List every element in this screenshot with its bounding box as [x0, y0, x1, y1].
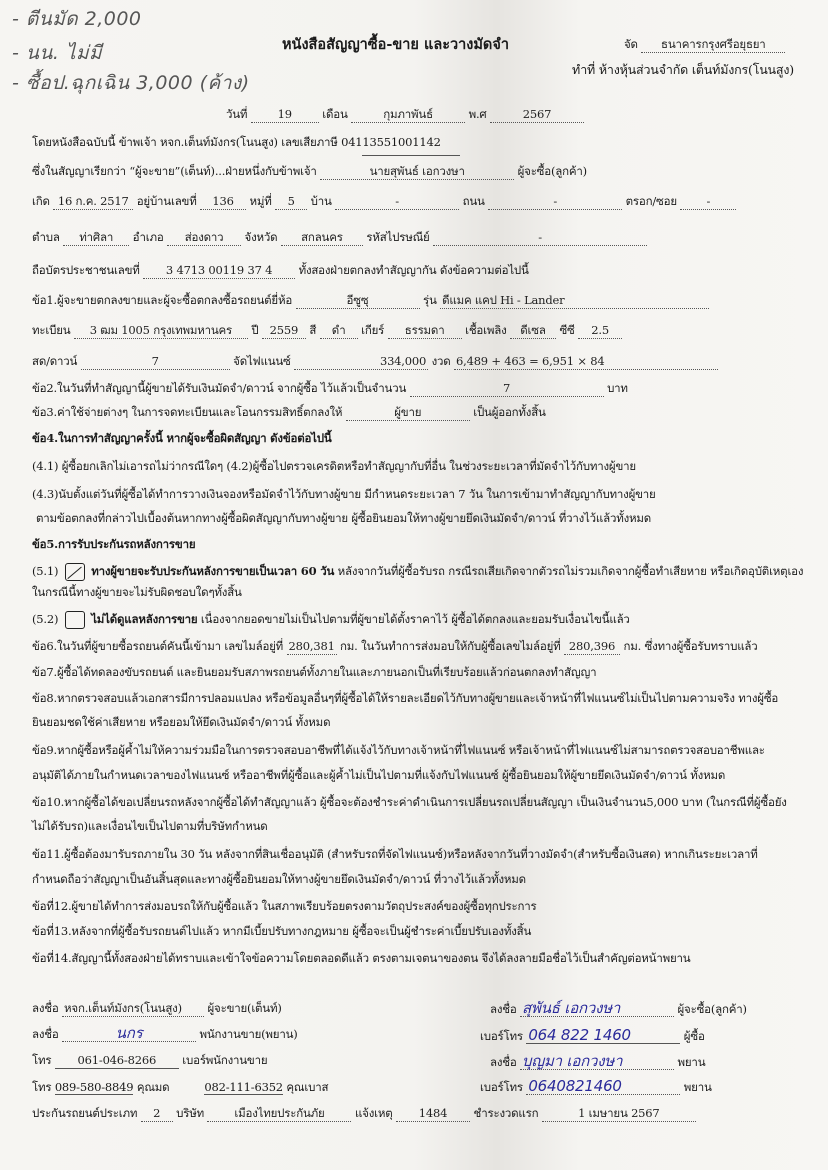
seller-role: ผู้จะขาย(เต็นท์): [208, 1001, 282, 1015]
insurance-company-value: เมืองไทยประกันภัย: [207, 1105, 351, 1122]
brand-value: อีซูซุ: [296, 292, 420, 309]
notice-value: 1484: [396, 1105, 470, 1122]
born-label: เกิด: [32, 194, 50, 208]
moo-value: 5: [275, 193, 307, 210]
clause-4-3a: (4.3)นับตั้งแต่วันที่ผู้ซื้อได้ทำการวางเ…: [32, 486, 656, 502]
buyer-phone-line: เบอร์โทร 064 822 1460 ผู้ซื้อ: [480, 1027, 705, 1044]
clause-4-1: (4.1) ผู้ซื้อยกเลิกไม่เอารถไม่ว่ากรณีใดๆ…: [32, 458, 636, 474]
contract-date: วันที่ 19 เดือน กุมภาพันธ์ พ.ศ 2567: [226, 106, 584, 123]
staff-phone-role: เบอร์พนักงานขาย: [182, 1053, 267, 1067]
handwritten-note: - ซื้อป.ฉุกเฉิน 3,000 (ค้าง): [12, 68, 250, 98]
district-value: ส่องดาว: [167, 229, 241, 246]
born-value: 16 ก.ค. 2517: [53, 193, 133, 210]
clause-8b: ยินยอมชดใช้ค่าเสียหาย หรือยอมให้ยึดเงินม…: [32, 714, 330, 730]
clause-5-2: (5.2) ไม่ได้ดูแลหลังการขาย เนื่องจากยอดข…: [32, 611, 630, 629]
id-label: ถือบัตรประชาชนเลขที่: [32, 263, 140, 277]
finance-label: จัด: [624, 37, 638, 51]
soi-value: -: [680, 193, 736, 210]
staff-role: พนักงานขาย(พยาน): [200, 1027, 298, 1041]
payment-line: สด/ดาวน์ 7 จัดไฟแนนซ์ 334,000 งวด 6,489 …: [32, 353, 718, 370]
year-label: พ.ศ: [469, 107, 487, 121]
clause-9b: อนุมัติได้ภายในกำหนดเวลาของไฟแนนซ์ หรืออ…: [32, 767, 725, 783]
clause-5-1-bold: ทางผู้ขายจะรับประกันหลังการขายเป็นเวลา 6…: [91, 564, 334, 578]
district-label: อำเภอ: [133, 230, 164, 244]
buyer-district-line: ตำบล ท่าศิลา อำเภอ ส่องดาว จังหวัด สกลนค…: [32, 229, 647, 246]
gear-label: เกียร์: [361, 323, 384, 337]
intro-line: โดยหนังสือฉบับนี้ ข้าพเจ้า หจก.เต็นท์มัง…: [32, 134, 441, 150]
buyer-phone-label: เบอร์โทร: [480, 1029, 523, 1043]
sign-label: ลงชื่อ: [32, 1001, 59, 1015]
province-value: สกลนคร: [281, 229, 363, 246]
clause-3-suffix: เป็นผู้ออกทั้งสิ้น: [473, 405, 545, 419]
gear-value: ธรรมดา: [388, 322, 462, 339]
clause-6: ข้อ6.ในวันที่ผู้ขายซื้อรถยนต์คันนี้เข้าม…: [32, 638, 758, 655]
insurance-line: ประกันรถยนต์ประเภท 2 บริษัท เมืองไทยประก…: [32, 1105, 696, 1122]
clause-5-2-bold: ไม่ได้ดูแลหลังการขาย: [91, 612, 197, 626]
sign-label: ลงชื่อ: [490, 1055, 517, 1069]
clause-14: ข้อที่14.สัญญานี้ทั้งสองฝ่ายได้ทราบและเข…: [32, 950, 690, 966]
seller-clause: ซึ่งในสัญญาเรียกว่า “ผู้จะขาย”(เต็นท์)..…: [32, 164, 317, 178]
clause-2: ข้อ2.ในวันที่ทำสัญญานี้ผู้ขายได้รับเงินม…: [32, 380, 628, 397]
clause-6-a: ข้อ6.ในวันที่ผู้ขายซื้อรถยนต์คันนี้เข้าม…: [32, 639, 283, 653]
insurance-type-label: ประกันรถยนต์ประเภท: [32, 1106, 137, 1120]
house-label: อยู่บ้านเลขที่: [137, 194, 197, 208]
reg-label: ทะเบียน: [32, 323, 70, 337]
phone3-value: 082-111-6352: [204, 1080, 283, 1095]
witness-phone-line: เบอร์โทร 0640821460 พยาน: [480, 1078, 712, 1095]
clause-5-1-rest: หลังจากวันที่ผู้ซื้อรับรถ กรณีรถเสียเกิด…: [338, 564, 804, 578]
clause-12: ข้อที่12.ผู้ขายได้ทำการส่งมอบรถให้กับผู้…: [32, 898, 537, 914]
vehicle-line: ข้อ1.ผู้จะขายตกลงขายและผู้จะซื้อตกลงซื้อ…: [32, 292, 709, 309]
staff-phone-line: โทร 061-046-8266 เบอร์พนักงานขาย: [32, 1052, 267, 1069]
agree-text: ทั้งสองฝ่ายตกลงทำสัญญากัน ดังข้อความต่อไ…: [299, 263, 529, 277]
first-payment-value: 1 เมษายน 2567: [542, 1105, 696, 1122]
clause-3-text: ข้อ3.ค่าใช้จ่ายต่างๆ ในการจดทะเบียนและโอ…: [32, 405, 342, 419]
fuel-label: เชื้อเพลิง: [465, 323, 506, 337]
car-year-value: 2559: [262, 322, 306, 339]
car-year-label: ปี: [251, 323, 258, 337]
contract-page: - ตีนมัด 2,000 - นน. ไม่มี - ซื้อป.ฉุกเฉ…: [0, 0, 828, 1170]
installment-value: 6,489 + 463 = 6,951 × 84: [454, 353, 718, 370]
underline: [362, 155, 460, 156]
phone-label: โทร: [32, 1080, 51, 1094]
cc-value: 2.5: [578, 322, 622, 339]
seller-sign-value: หจก.เต็นท์มังกร(โนนสูง): [62, 1000, 204, 1017]
down-label: สด/ดาวน์: [32, 354, 77, 368]
document-title: หนังสือสัญญาซื้อ-ขาย และวางมัดจำ: [282, 33, 509, 56]
witness-phone-role: พยาน: [684, 1080, 712, 1094]
buyer-signature: ลงชื่อ สุพันธ์ เอกวงษา ผู้จะซื้อ(ลูกค้า): [490, 1000, 747, 1017]
id-value: 3 4713 00119 37 4: [143, 262, 295, 279]
witness-phone-value: 0640821460: [526, 1078, 680, 1095]
finance-amount-label: จัดไฟแนนซ์: [233, 354, 290, 368]
buyer-sign-value: สุพันธ์ เอกวงษา: [520, 1000, 674, 1017]
soi-label: ตรอก/ซอย: [626, 194, 677, 208]
road-label: ถนน: [463, 194, 485, 208]
buyer-phone-value: 064 822 1460: [526, 1027, 680, 1044]
phone-label: โทร: [32, 1053, 51, 1067]
clause-3-value: ผู้ขาย: [346, 404, 470, 421]
staff-sign-value: นกร: [62, 1025, 196, 1042]
buyer-line: ซึ่งในสัญญาเรียกว่า “ผู้จะขาย”(เต็นท์)..…: [32, 163, 587, 180]
moo-label: หมู่ที่: [250, 194, 272, 208]
village-label: บ้าน: [311, 194, 332, 208]
house-value: 136: [200, 193, 246, 210]
model-value: ดีแมค แคป Hi - Lander: [440, 292, 709, 309]
phone2-name: คุณมด: [137, 1080, 170, 1094]
postcode-value: -: [433, 229, 647, 246]
clause-5-1b: ในกรณีนี้ทางผู้ขายจะไม่รับผิดชอบใดๆทั้งส…: [32, 584, 242, 600]
clause-7: ข้อ7.ผู้ซื้อได้ทดลองขับรถยนต์ และยินยอมร…: [32, 664, 596, 680]
insurance-type-value: 2: [141, 1105, 173, 1122]
intro-text: โดยหนังสือฉบับนี้ ข้าพเจ้า หจก.เต็นท์มัง…: [32, 135, 441, 149]
province-label: จังหวัด: [245, 230, 278, 244]
id-line: ถือบัตรประชาชนเลขที่ 3 4713 00119 37 4 ท…: [32, 262, 529, 279]
year-value: 2567: [490, 106, 584, 123]
month-value: กุมภาพันธ์: [351, 106, 465, 123]
subdistrict-value: ท่าศิลา: [63, 229, 129, 246]
phone3-name: คุณเบาส: [286, 1080, 328, 1094]
made-at: ทำที่ ห้างหุ้นส่วนจำกัด เต็นท์มังกร(โนนส…: [572, 62, 794, 78]
cc-label: ซีซี: [559, 323, 574, 337]
clause-4-title: ข้อ4.ในการทำสัญญาครั้งนี้ หากผู้จะซื้อผิ…: [32, 430, 332, 446]
clause-10a: ข้อ10.หากผู้ซื้อได้ขอเปลี่ยนรถหลังจากผู้…: [32, 794, 787, 810]
witness-role: พยาน: [678, 1055, 706, 1069]
village-value: -: [335, 193, 459, 210]
clause-11a: ข้อ11.ผู้ซื้อต้องมารับรถภายใน 30 วัน หลั…: [32, 846, 758, 862]
first-payment-label: ชำระงวดแรก: [473, 1106, 538, 1120]
installment-label: งวด: [432, 354, 451, 368]
contact-phones-line: โทร 089-580-8849 คุณมด 082-111-6352 คุณเ…: [32, 1079, 328, 1095]
sign-label: ลงชื่อ: [32, 1027, 59, 1041]
staff-phone-value: 061-046-8266: [55, 1052, 179, 1069]
seller-signature: ลงชื่อ หจก.เต็นท์มังกร(โนนสูง) ผู้จะขาย(…: [32, 1000, 282, 1017]
clause-10b: ไม่ได้รับรถ)และเงื่อนไขเป็นไปตามที่บริษั…: [32, 818, 268, 834]
notice-label: แจ้งเหตุ: [355, 1106, 393, 1120]
sign-label: ลงชื่อ: [490, 1002, 517, 1016]
clause-5-title: ข้อ5.การรับประกันรถหลังการขาย: [32, 536, 195, 552]
down-value: 7: [81, 353, 230, 370]
color-label: สี: [309, 323, 316, 337]
clause-6-c: กม. ซึ่งทางผู้ซื้อรับทราบแล้ว: [623, 639, 757, 653]
clause-13: ข้อที่13.หลังจากที่ผู้ซื้อรับรถยนต์ไปแล้…: [32, 923, 531, 939]
buyer-address-line: เกิด 16 ก.ค. 2517 อยู่บ้านเลขที่ 136 หมู…: [32, 193, 736, 210]
postcode-label: รหัสไปรษณีย์: [366, 230, 429, 244]
fuel-value: ดีเซล: [510, 322, 556, 339]
road-value: -: [488, 193, 622, 210]
model-label: รุ่น: [423, 293, 437, 307]
witness-sign-value: บุญมา เอกวงษา: [520, 1053, 674, 1070]
clause-4-3b: ตามข้อตกลงที่กล่าวไปเบื้องต้นหากทางผู้ซื…: [36, 510, 651, 526]
witness-phone-label: เบอร์โทร: [480, 1080, 523, 1094]
clause-5-2-rest: เนื่องจากยอดขายไม่เป็นไปตามที่ผู้ขายได้ต…: [201, 612, 630, 626]
no-warranty-checkbox[interactable]: [65, 611, 85, 629]
phone2-value: 089-580-8849: [55, 1080, 134, 1095]
deposit-value: 7: [410, 380, 604, 397]
subdistrict-label: ตำบล: [32, 230, 60, 244]
witness-signature: ลงชื่อ บุญมา เอกวงษา พยาน: [490, 1053, 705, 1070]
finance-value: ธนาคารกรุงศรีอยุธยา: [641, 36, 785, 53]
mileage-in: 280,381: [287, 638, 337, 655]
handwritten-note: - ตีนมัด 2,000: [12, 4, 142, 34]
day-value: 19: [251, 106, 319, 123]
buyer-name: นายสุพันธ์ เอกวงษา: [320, 163, 514, 180]
clause-9a: ข้อ9.หากผู้ซื้อหรือผู้ค้ำไม่ให้ความร่วมม…: [32, 742, 765, 758]
month-label: เดือน: [322, 107, 347, 121]
buyer-role: ผู้จะซื้อ(ลูกค้า): [518, 164, 587, 178]
reg-value: 3 ฒม 1005 กรุงเทพมหานคร: [74, 322, 248, 339]
warranty-checkbox-checked[interactable]: [65, 563, 85, 581]
clause-6-b: กม. ในวันทำการส่งมอบให้กับผู้ซื้อเลขไมล์…: [340, 639, 561, 653]
clause-3: ข้อ3.ค่าใช้จ่ายต่างๆ ในการจดทะเบียนและโอ…: [32, 404, 546, 421]
clause-5-1: (5.1) ทางผู้ขายจะรับประกันหลังการขายเป็น…: [32, 563, 803, 581]
clause-5-1-num: (5.1): [32, 564, 58, 578]
buyer-sign-role: ผู้จะซื้อ(ลูกค้า): [678, 1002, 747, 1016]
insurance-company-label: บริษัท: [176, 1106, 204, 1120]
finance-company: จัด ธนาคารกรุงศรีอยุธยา: [624, 36, 785, 53]
clause-11b: กำหนดถือว่าสัญญาเป็นอันสิ้นสุดและทางผู้ซ…: [32, 871, 526, 887]
day-label: วันที่: [226, 107, 247, 121]
registration-line: ทะเบียน 3 ฒม 1005 กรุงเทพมหานคร ปี 2559 …: [32, 322, 622, 339]
color-value: ดำ: [320, 322, 358, 339]
buyer-phone-role: ผู้ซื้อ: [684, 1029, 705, 1043]
staff-signature: ลงชื่อ นกร พนักงานขาย(พยาน): [32, 1025, 298, 1042]
handwritten-note: - นน. ไม่มี: [12, 38, 102, 68]
clause-8a: ข้อ8.หากตรวจสอบแล้วเอกสารมีการปลอมแปลง ห…: [32, 690, 778, 706]
clause-2-text: ข้อ2.ในวันที่ทำสัญญานี้ผู้ขายได้รับเงินม…: [32, 381, 406, 395]
clause1-text: ข้อ1.ผู้จะขายตกลงขายและผู้จะซื้อตกลงซื้อ…: [32, 293, 292, 307]
finance-amount-value: 334,000: [294, 353, 428, 370]
mileage-out: 280,396: [564, 638, 620, 655]
clause-5-2-num: (5.2): [32, 612, 58, 626]
deposit-unit: บาท: [607, 381, 628, 395]
